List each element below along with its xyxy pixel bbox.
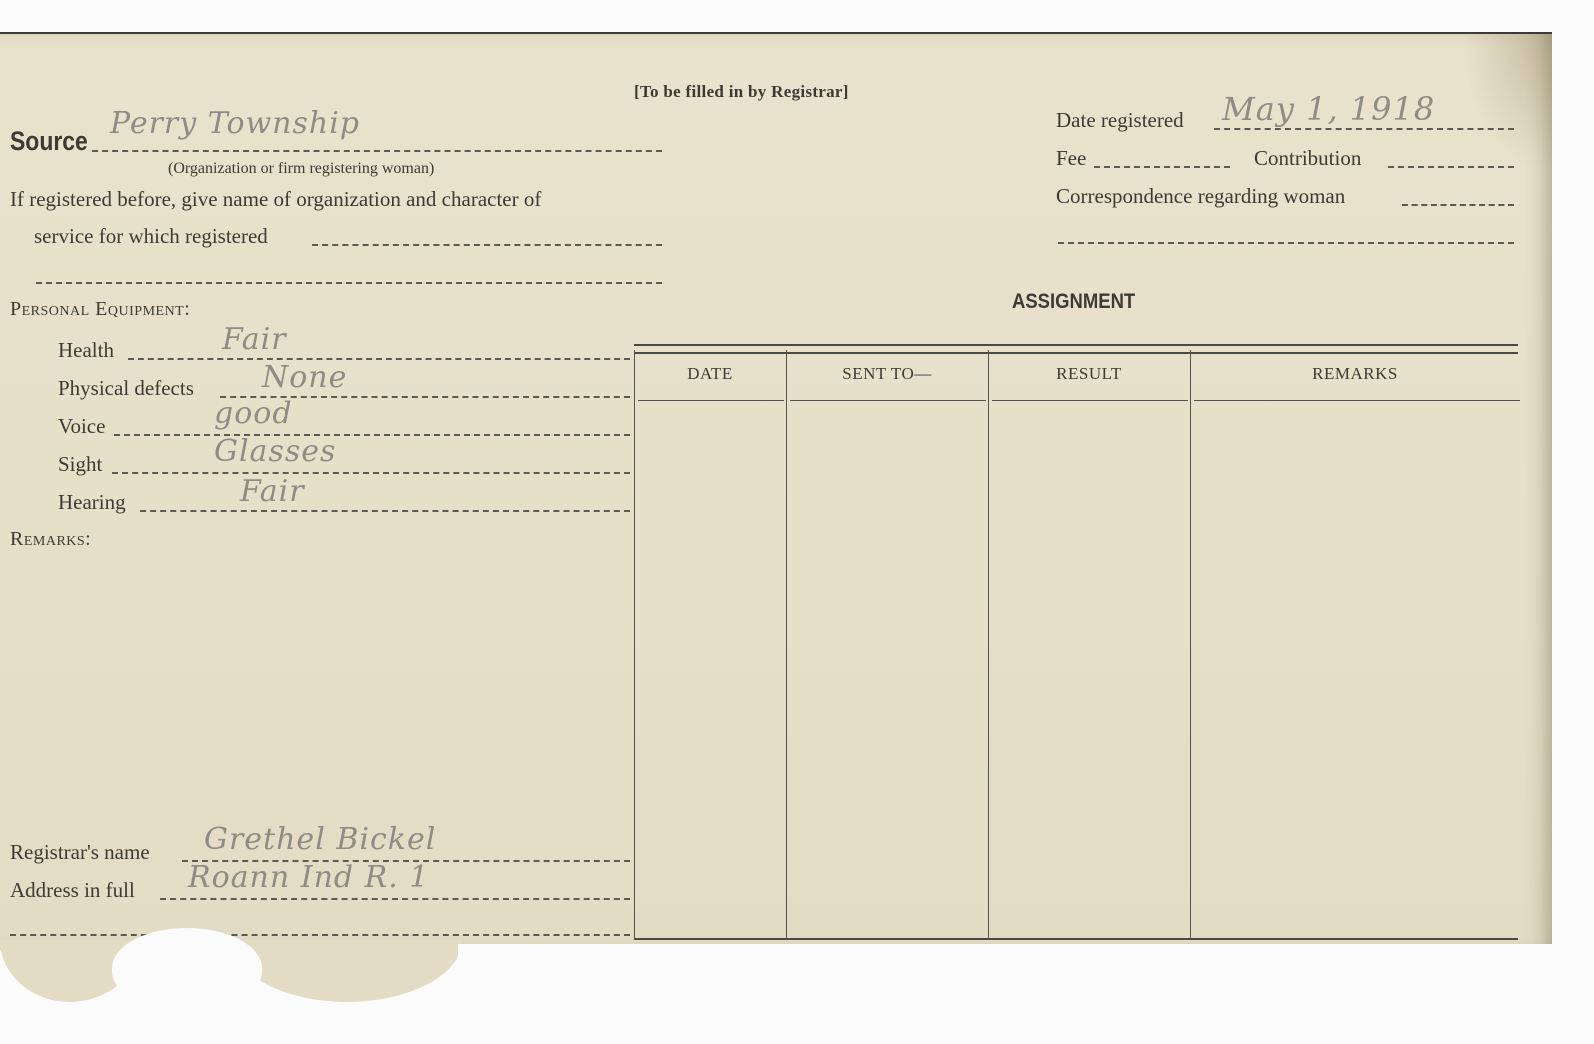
address-value: Roann Ind R. 1: [188, 860, 429, 895]
column-header-remarks: REMARKS: [1190, 364, 1520, 384]
hearing-label: Hearing: [58, 490, 126, 515]
address-field-line-2[interactable]: [10, 934, 630, 936]
source-value: Perry Township: [110, 106, 360, 141]
registrar-note: [To be filled in by Registrar]: [634, 82, 849, 102]
fee-field-line[interactable]: [1094, 166, 1230, 168]
correspondence-field-line-2[interactable]: [1058, 242, 1514, 244]
header-rule: [1194, 400, 1520, 401]
card-torn-edge: [458, 944, 1558, 958]
source-sublabel: (Organization or firm registering woman): [168, 160, 434, 178]
sight-value: Glasses: [214, 434, 336, 469]
correspondence-field-line[interactable]: [1402, 204, 1514, 206]
hearing-value: Fair: [240, 474, 305, 509]
physical-defects-label: Physical defects: [58, 376, 194, 401]
previous-registration-label-2: service for which registered: [34, 224, 268, 249]
table-top-rule: [634, 344, 1518, 354]
previous-registration-field-line-2[interactable]: [36, 282, 662, 284]
column-header-result: RESULT: [988, 364, 1190, 384]
sight-field-line[interactable]: [112, 472, 630, 474]
source-label: Source: [10, 126, 88, 157]
contribution-field-line[interactable]: [1388, 166, 1514, 168]
health-value: Fair: [222, 322, 287, 357]
date-registered-value: May 1, 1918: [1222, 90, 1435, 128]
header-rule: [992, 400, 1188, 401]
assignment-body[interactable]: [636, 404, 1516, 934]
table-bottom-rule: [634, 938, 1518, 940]
card-tab-middle: [232, 940, 462, 1002]
table-border-left: [634, 350, 635, 940]
registrar-name-value: Grethel Bickel: [204, 822, 436, 857]
address-label: Address in full: [10, 878, 135, 903]
remarks-heading: Remarks:: [10, 528, 91, 551]
hearing-field-line[interactable]: [140, 510, 630, 512]
address-field-line[interactable]: [160, 898, 630, 900]
sight-label: Sight: [58, 452, 102, 477]
date-registered-label: Date registered: [1056, 108, 1184, 133]
voice-value: good: [214, 396, 293, 431]
column-header-sent-to: SENT TO—: [786, 364, 988, 384]
registrar-name-label: Registrar's name: [10, 840, 150, 865]
registration-card: [To be filled in by Registrar] Source Pe…: [0, 32, 1552, 950]
health-label: Health: [58, 338, 114, 363]
column-header-date: DATE: [634, 364, 786, 384]
assignment-title: ASSIGNMENT: [1012, 290, 1135, 314]
physical-defects-value: None: [262, 360, 347, 395]
contribution-label: Contribution: [1254, 146, 1361, 171]
source-field-line[interactable]: [92, 150, 662, 152]
voice-field-line[interactable]: [114, 434, 630, 436]
header-rule: [790, 400, 986, 401]
fee-label: Fee: [1056, 146, 1086, 171]
card-notch: [112, 928, 262, 1008]
personal-equipment-heading: Personal Equipment:: [10, 298, 190, 321]
header-rule: [638, 400, 784, 401]
date-registered-field-line[interactable]: [1214, 128, 1514, 130]
health-field-line[interactable]: [128, 358, 630, 360]
previous-registration-field-line[interactable]: [312, 244, 662, 246]
previous-registration-label: If registered before, give name of organ…: [10, 187, 541, 212]
assignment-table: DATE SENT TO— RESULT REMARKS: [634, 344, 1518, 940]
correspondence-label: Correspondence regarding woman: [1056, 184, 1345, 209]
voice-label: Voice: [58, 414, 105, 439]
remarks-area[interactable]: [10, 558, 630, 828]
